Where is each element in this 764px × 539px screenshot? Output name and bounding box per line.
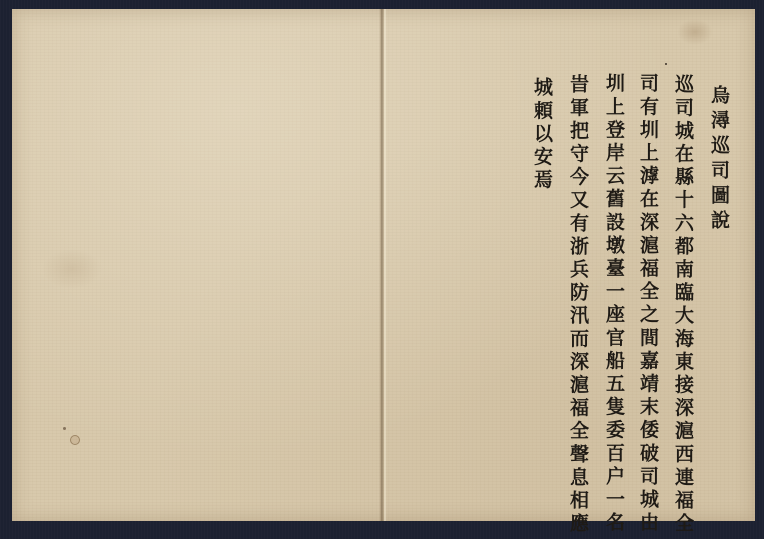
document-title: 烏潯巡司圖說 xyxy=(709,85,728,235)
text-column-5: 城頼以安焉 xyxy=(532,77,551,193)
paper-stain-faint xyxy=(42,249,102,289)
text-column-2: 司有圳上滹在深滬福全之間嘉靖末倭破司城由 xyxy=(638,73,657,535)
ink-dot-mark xyxy=(665,63,667,65)
paper-stain-blot xyxy=(677,19,713,45)
text-column-4: 旹軍把守今又有浙兵防汛而深滬福全聲息相應 xyxy=(568,74,587,536)
paper-speck xyxy=(63,427,66,430)
paper-stain-ring xyxy=(70,435,80,445)
text-column-3: 圳上登岸云舊設墩臺一座官船五隻委百户一名 xyxy=(604,73,623,535)
center-fold-highlight xyxy=(384,9,386,521)
text-column-1: 巡司城在縣十六都南臨大海東接深滬西連福全 xyxy=(673,74,692,536)
manuscript-paper: 烏潯巡司圖說 巡司城在縣十六都南臨大海東接深滬西連福全 司有圳上滹在深滬福全之間… xyxy=(12,9,755,521)
scan-background: 烏潯巡司圖說 巡司城在縣十六都南臨大海東接深滬西連福全 司有圳上滹在深滬福全之間… xyxy=(0,0,764,539)
